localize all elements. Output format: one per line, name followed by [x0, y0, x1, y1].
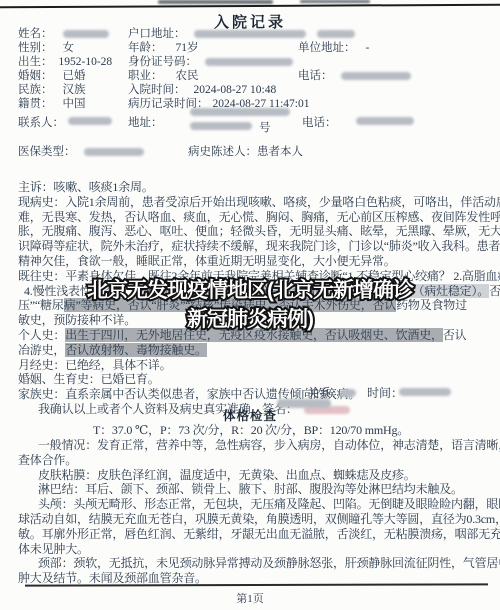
redacted-relation: [340, 389, 356, 397]
personal-history-line: 冶游史，否认放射物、毒物接触史。: [0, 343, 500, 358]
redacted-sign-time: [399, 388, 451, 396]
redacted-id-number: [205, 58, 293, 66]
watermark-overlay: 北京无发现疫情地区(北京无新增确诊 新冠肺炎病例): [0, 276, 500, 334]
address-label: 地址：: [128, 117, 163, 129]
hpi-line: 胀，无腹痛、腹泻、恶心、呕吐、便血；轻微头昏，无明显头痛、眩晕，无黑矇、晕厥，无…: [0, 224, 500, 239]
hpi-line: 难，无畏寒、发热，否认咯血、痰血，无心慌、胸闷、胸痛，无心前区压榨感、夜间阵发性…: [0, 210, 500, 225]
field-narrator: 病史陈述人：患者本人: [188, 143, 303, 159]
highlighted-text: 否认放射物、毒物接触史。: [65, 343, 207, 357]
field-phone: 电话：: [298, 67, 411, 83]
redacted-insurance: [84, 148, 144, 156]
cutoff-header-smudge: [158, 0, 273, 4]
redacted-phone: [341, 72, 411, 80]
narrator-label: 病史陈述人：: [188, 146, 257, 158]
cutoff-header-smudge: [300, 0, 370, 3]
narrator-value: 患者本人: [257, 146, 303, 158]
lymph-node-line: 淋巴结：耳后、颌下、颈部、锁骨上、腋下、肘部、腹股沟等处淋巴结均未触及。: [0, 482, 500, 497]
skin-mucosa-line: 皮肤粘膜：皮肤色泽红润，温度适中，无黄染、出血点、蜘蛛痣及皮疹。: [0, 468, 500, 483]
field-origin: 籍贯：中国: [18, 95, 86, 111]
header-rule: [0, 4, 500, 9]
insurance-label: 医保类型：: [18, 146, 76, 158]
neck-exam-line: 颈部：颈软，无抵抗，未见颈动脉异常搏动及颈静脉怒张，肝颈静脉回流征阴性，气管居中…: [0, 556, 500, 571]
redacted-name-value: [63, 30, 109, 38]
contact-label: 联系人：: [18, 117, 64, 129]
page-number: 第1页: [0, 590, 500, 606]
exam-body: 一般情况：发育正常，营养中等，急性病容，步入病房，自动体位，神志清楚，语言清晰，…: [0, 438, 500, 586]
origin-label: 籍贯：: [18, 98, 53, 110]
watermark-line2: 新冠肺炎病例): [0, 305, 500, 334]
redacted-address-line2: [190, 122, 252, 130]
hpi-line: 精神欠佳，食欲一般，睡眠正常，体重近期无明显变化，大小便无异常。: [0, 254, 500, 269]
field-unit-address: 单位地址：-: [298, 39, 369, 55]
head-exam-line: 球活动自如，结膜无充血无苍白，巩膜无黄染，角膜透明，双侧瞳孔等大等圆，直径为0.…: [0, 512, 500, 527]
time-label: 时间：: [367, 384, 403, 401]
redacted-phone2: [356, 117, 414, 125]
hpi-line: 现病史：入院1余周前，患者受凉后开始出现咳嗽、咯痰，少量咯白色粘痰，可咯出，伴活…: [0, 195, 500, 210]
field-address: 地址：: [128, 114, 163, 130]
hpi-line: 识障碍等症状，院外未治疗，症状持续不缓解，现来我院门诊，门诊以“肺炎”收入我科。…: [0, 239, 500, 254]
phone2-label: 电话：: [302, 117, 337, 129]
head-exam-line: 体未见肿大。: [0, 542, 500, 557]
vital-signs: T：37.0 ℃，P：73 次/分，R：20 次/分，BP：120/70 mmH…: [93, 421, 409, 438]
field-phone2: 电话：: [302, 114, 337, 130]
field-insurance: 医保类型：: [18, 143, 144, 159]
watermark-line1: 北京无发现疫情地区(北京无新增确诊: [0, 276, 500, 305]
field-contact: 联系人：: [18, 114, 64, 130]
address-suffix: 号: [259, 119, 271, 135]
redacted-address-line1: [190, 108, 290, 116]
marriage-history: 婚姻、生育史：已婚已育。: [0, 372, 500, 387]
head-exam-line: 敏。耳廓外形正常，唇色红润、无紫绀，牙龈无出血无溢脓，舌淡红，无粘膜溃疡，咽部无…: [0, 527, 500, 542]
redacted-household-address: [194, 30, 306, 38]
general-condition-line: 一般情况：发育正常，营养中等，急性病容，步入病房，自动体位，神志清楚，语言清晰，…: [0, 438, 500, 453]
origin-value: 中国: [63, 98, 86, 110]
head-exam-line: 头颅：头颅无畸形、形态正常，无包块，无压痛及隆起、凹陷。无倒睫及眼睑睑内翻，眼睑…: [0, 497, 500, 512]
unit-address-value: -: [366, 42, 370, 54]
chief-complaint: 主诉：咳嗽、咳痰1余周。: [0, 180, 500, 195]
unit-address-label: 单位地址：: [298, 42, 356, 54]
menstrual-history: 月经史：已绝经，具体不详。: [0, 358, 500, 373]
redacted-household-address: [317, 30, 355, 38]
document-page: 入院记录 姓名： 户口地址： 性别：女 年龄：71岁 单位地址：- 出生：195…: [0, 0, 500, 610]
general-condition-line: 查体合作。: [0, 453, 500, 468]
phone-label: 电话：: [298, 70, 333, 82]
redacted-contact: [68, 117, 112, 125]
personal-text: 冶游史，: [18, 343, 65, 357]
